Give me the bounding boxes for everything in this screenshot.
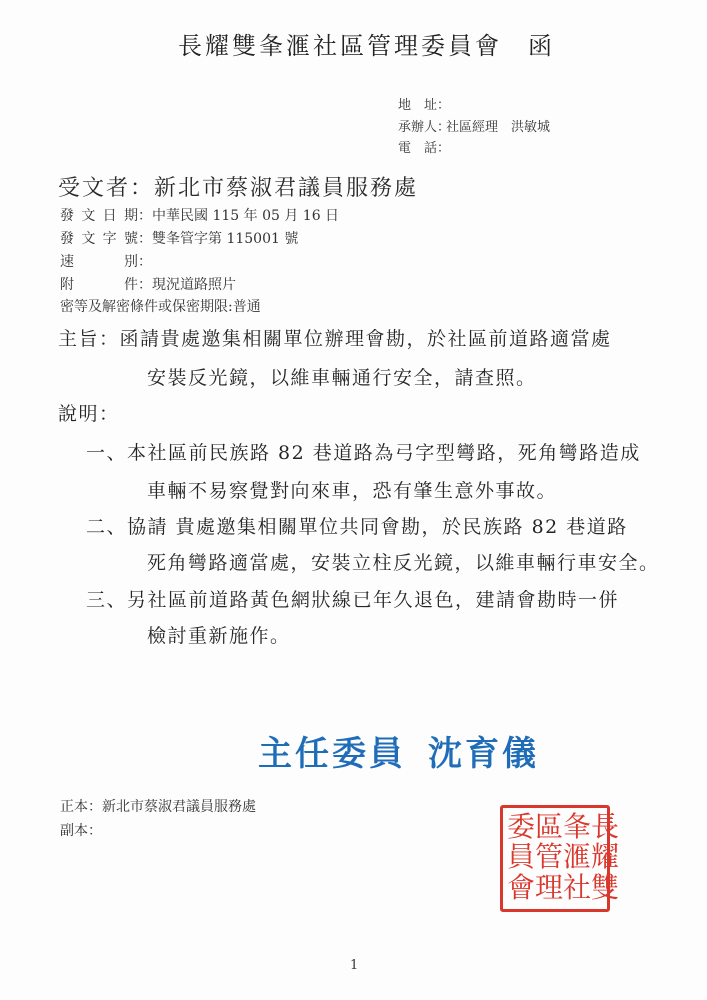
official-seal-stamp: 長 耀 雙 夆 滙 社 區 管 理 委 員 會 <box>500 805 610 912</box>
attachment-value: 現況道路照片 <box>152 277 236 293</box>
seal-column-4: 委 員 會 <box>507 813 535 904</box>
address-line: 地 址： <box>398 94 446 113</box>
signature-name: 沈育儀 <box>428 734 539 774</box>
explanation-item-1: 一、本社區前民族路 82 巷道路為弓字型彎路，死角彎路造成 <box>86 438 641 465</box>
handler-line: 承辦人：社區經理 洪敏城 <box>398 116 550 135</box>
seal-char: 管 <box>535 843 563 873</box>
seal-char: 區 <box>535 813 563 843</box>
attachment-label: 附 件 <box>60 274 138 294</box>
classification-label: 密等及解密條件或保密期限 <box>60 299 228 315</box>
document-number-label: 發文字號 <box>60 228 138 248</box>
recipient-value: 新北市蔡淑君議員服務處 <box>154 176 418 201</box>
signature: 主任委員沈育儀 <box>258 726 539 775</box>
issue-date: 發文日期：中華民國 115 年 05 月 16 日 <box>60 205 339 225</box>
page-number: 1 <box>350 958 358 973</box>
document-number-value: 雙夆管字第 115001 號 <box>152 231 298 247</box>
issue-date-value: 中華民國 115 年 05 月 16 日 <box>152 208 339 224</box>
recipient-label: 受文者： <box>58 176 154 201</box>
issue-date-label: 發文日期 <box>60 205 138 225</box>
seal-char: 長 <box>591 813 619 843</box>
handler-label: 承辦人： <box>398 116 446 135</box>
seal-char: 會 <box>507 874 535 904</box>
urgency-label: 速 別 <box>60 251 138 271</box>
address-label: 地 址： <box>398 94 446 113</box>
cc-main: 正本：新北市蔡淑君議員服務處 <box>60 796 256 816</box>
seal-column-3: 區 管 理 <box>535 813 563 904</box>
seal-char: 理 <box>535 874 563 904</box>
subject-label: 主旨： <box>58 328 120 350</box>
subject-text-1: 函請貴處邀集相關單位辦理會勘，於社區前道路適當處 <box>120 328 612 350</box>
item-text: 本社區前民族路 82 巷道路為弓字型彎路，死角彎路造成 <box>127 442 641 464</box>
item-text: 協請 貴處邀集相關單位共同會勘，於民族路 82 巷道路 <box>127 516 628 538</box>
seal-char: 雙 <box>591 874 619 904</box>
seal-char: 滙 <box>563 843 591 873</box>
phone-line: 電 話： <box>398 137 446 156</box>
item-number: 一、 <box>86 442 127 464</box>
seal-column-1: 長 耀 雙 <box>591 813 619 904</box>
document-title: 長耀雙夆滙社區管理委員會函 <box>178 26 555 61</box>
seal-char: 社 <box>563 874 591 904</box>
handler-value: 社區經理 洪敏城 <box>446 120 550 135</box>
subject-line-2: 安裝反光鏡，以維車輛通行安全，請查照。 <box>147 363 537 390</box>
seal-char: 員 <box>507 843 535 873</box>
item-number: 三、 <box>86 589 127 611</box>
cc-copy: 副本： <box>60 820 102 840</box>
cc-main-label: 正本： <box>60 799 102 815</box>
explanation-item-1-cont: 車輛不易察覺對向來車，恐有肇生意外事故。 <box>147 476 557 503</box>
classification: 密等及解密條件或保密期限:普通 <box>60 296 261 316</box>
document-number: 發文字號：雙夆管字第 115001 號 <box>60 228 298 248</box>
cc-main-value: 新北市蔡淑君議員服務處 <box>102 799 256 815</box>
urgency: 速 別： <box>60 251 152 271</box>
classification-value: 普通 <box>233 299 261 315</box>
seal-char: 夆 <box>563 813 591 843</box>
seal-char: 耀 <box>591 843 619 873</box>
item-text: 另社區前道路黃色網狀線已年久退色，建請會勘時一併 <box>127 589 619 611</box>
explanation-label: 說明： <box>58 399 120 426</box>
signature-title: 主任委員 <box>258 734 406 774</box>
document-type: 函 <box>528 32 555 60</box>
seal-char: 委 <box>507 813 535 843</box>
committee-name: 長耀雙夆滙社區管理委員會 <box>178 32 502 60</box>
attachment: 附 件：現況道路照片 <box>60 274 236 294</box>
explanation-item-3-cont: 檢討重新施作。 <box>147 621 291 648</box>
recipient: 受文者：新北市蔡淑君議員服務處 <box>58 171 418 202</box>
explanation-item-2: 二、協請 貴處邀集相關單位共同會勘，於民族路 82 巷道路 <box>86 512 628 539</box>
explanation-item-2-cont: 死角彎路適當處，安裝立柱反光鏡，以維車輛行車安全。 <box>147 548 660 575</box>
explanation-item-3: 三、另社區前道路黃色網狀線已年久退色，建請會勘時一併 <box>86 585 619 612</box>
phone-label: 電 話： <box>398 137 446 156</box>
cc-copy-label: 副本： <box>60 823 102 839</box>
subject-line-1: 主旨：函請貴處邀集相關單位辦理會勘，於社區前道路適當處 <box>58 324 612 351</box>
item-number: 二、 <box>86 516 127 538</box>
seal-column-2: 夆 滙 社 <box>563 813 591 904</box>
